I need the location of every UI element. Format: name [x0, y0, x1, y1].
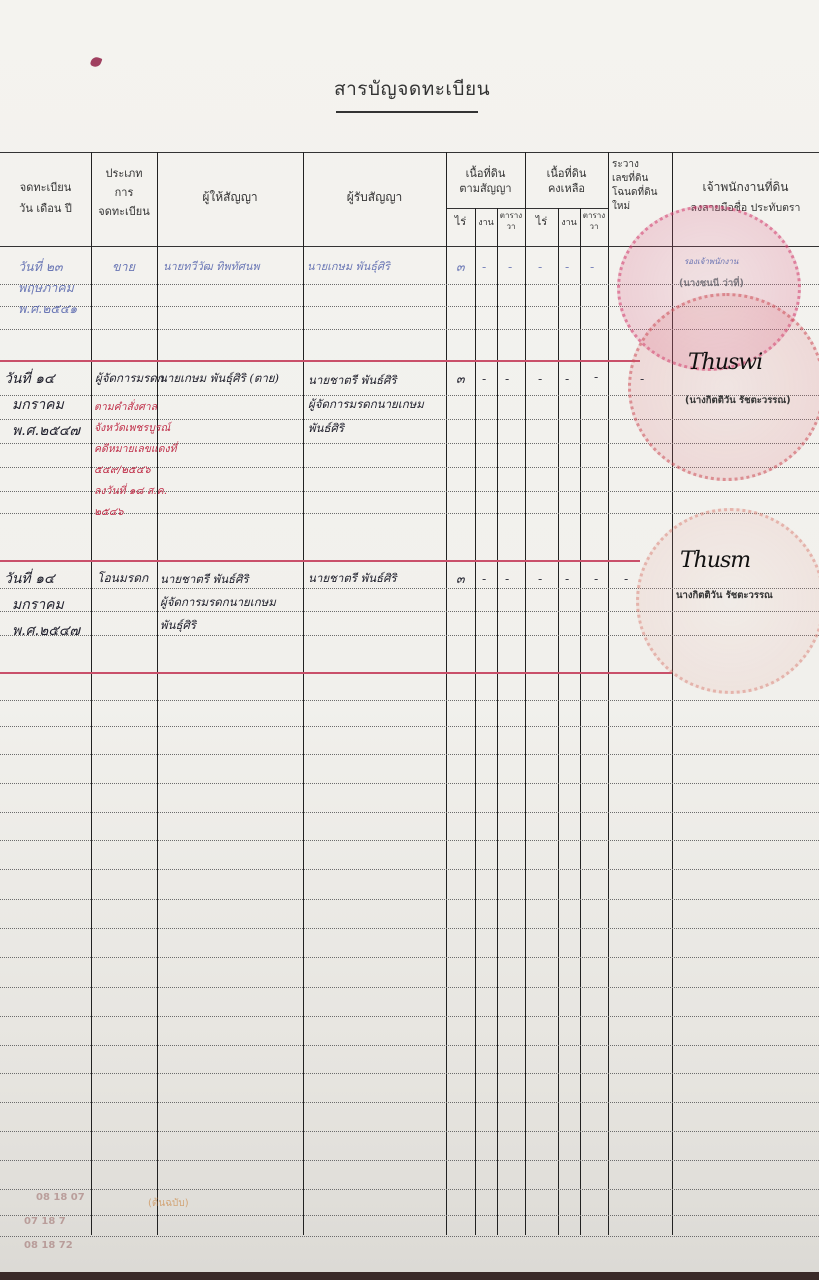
date-year: พ.ศ.๒๕๔๗: [4, 618, 80, 644]
header-line: การ: [91, 185, 157, 200]
date-day: วันที่ ๑๔: [4, 566, 80, 592]
page-title: สารบัญจดทะเบียน: [334, 74, 490, 104]
entry-3-sqwa: -: [505, 568, 509, 589]
ruled-line: [0, 700, 819, 701]
col-divider: [580, 208, 581, 1235]
entry-3-grantee: นายชาตรี พันธ์ศิริ: [308, 568, 397, 589]
grantee-line: พันธ์ศิริ: [308, 416, 424, 440]
entry-2-type-note: ตามคำสั่งศาล จังหวัดเพชรบูรณ์ คดีหมายเลข…: [94, 397, 177, 523]
ruled-line: [0, 1016, 819, 1017]
entry-2-officer-name: (นางกิตติวัน รัชตะวรรณ): [685, 393, 791, 408]
entry-1-type: ขาย: [112, 256, 135, 277]
area-subheader-divider: [446, 208, 608, 209]
entry-2-rai: ๓: [456, 368, 465, 389]
header-registration-type: ประเภท การ จดทะเบียน: [91, 166, 157, 219]
entry-3-grantor: นายชาตรี พันธ์ศิริ ผู้จัดการมรดกนายเกษม …: [160, 568, 276, 637]
entry-2-rem-ngan: -: [565, 368, 569, 389]
note-line: ๕๔๙/๒๕๔๖: [94, 460, 177, 481]
header-rai: ไร่: [525, 214, 558, 229]
header-line: จดทะเบียน: [0, 180, 91, 195]
entry-1-date: วันที่ ๒๓ พฤษภาคม พ.ศ.๒๕๔๑: [18, 256, 77, 319]
date-year: พ.ศ.๒๕๔๑: [18, 298, 77, 319]
entry-2-new-deed: -: [640, 368, 644, 389]
entry-3-rai: ๓: [456, 568, 465, 589]
entry-2-type: ผู้จัดการมรดก: [95, 368, 164, 389]
date-day: วันที่ ๒๓: [18, 256, 77, 277]
note-line: ตามคำสั่งศาล: [94, 397, 177, 418]
header-line: เนื้อที่ดิน: [525, 166, 608, 181]
entry-1-rem-sqwa: -: [590, 256, 594, 277]
faint-handwritten-note: (ต้นฉบับ): [148, 1196, 189, 1211]
entry-2-sqwa: -: [505, 368, 509, 389]
ruled-line: [0, 754, 819, 755]
header-ngan: งาน: [558, 216, 580, 231]
entry-1-rem-rai: -: [538, 256, 542, 277]
entry-2-officer-signature: Thuswi: [688, 350, 762, 375]
note-line: ลงวันที่ ๑๘ ส.ค.: [94, 481, 177, 502]
entry-2-grantee: นายชาตรี พันธ์ศิริ ผู้จัดการมรดกนายเกษม …: [308, 368, 424, 440]
ruled-line: [0, 928, 819, 929]
entry-1-rai: ๓: [456, 256, 465, 277]
header-line: ใหม่: [612, 200, 676, 214]
faint-stamp-text: 08 18 07: [36, 1192, 85, 1203]
ruled-line: [0, 1131, 819, 1132]
table-top-border: [0, 152, 819, 153]
note-line: ๒๕๔๖: [94, 502, 177, 523]
header-line: จดทะเบียน: [91, 204, 157, 219]
header-area-remaining: เนื้อที่ดิน คงเหลือ: [525, 166, 608, 196]
entry-1-sqwa: -: [508, 256, 512, 277]
entry-3-new-deed: -: [624, 568, 628, 589]
entry-2-grantor: นายเกษม พันธุ์ศิริ (ตาย): [159, 368, 279, 389]
header-line: ตามสัญญา: [446, 181, 525, 196]
official-seal-stamp: [628, 293, 819, 481]
ruled-line: [0, 726, 819, 727]
grantor-line: ผู้จัดการมรดกนายเกษม: [160, 591, 276, 614]
header-line: โฉนดที่ดิน: [612, 186, 676, 200]
entry-separator: [0, 672, 672, 674]
ruled-line: [0, 1215, 819, 1216]
entry-3-type: โอนมรดก: [97, 568, 148, 589]
header-sqwa: ตาราง วา: [580, 210, 608, 232]
ruled-line: [0, 899, 819, 900]
entry-3-rem-sqwa: -: [594, 568, 598, 589]
entry-1-rem-ngan: -: [565, 256, 569, 277]
page-bottom-edge: [0, 1272, 819, 1280]
entry-1-officer-name: (นางชนนี ว่าที่): [679, 276, 744, 291]
registration-page: สารบัญจดทะเบียน จดทะเบียน วัน เดือน ปี ป…: [0, 0, 819, 1272]
ruled-line: [0, 1073, 819, 1074]
entry-3-rem-ngan: -: [565, 568, 569, 589]
ruled-line: [0, 1189, 819, 1190]
ruled-line: [0, 840, 819, 841]
header-ngan: งาน: [475, 216, 497, 231]
entry-1-grantor: นายทวีวัฒ ทิพทัศนพ: [163, 256, 260, 277]
date-month: มกราคม: [4, 592, 80, 618]
date-year: พ.ศ.๒๕๔๗: [4, 418, 80, 444]
grantee-line: นายชาตรี พันธ์ศิริ: [308, 368, 424, 392]
header-grantor: ผู้ให้สัญญา: [157, 190, 303, 205]
faint-stamp-text: 08 18 72: [24, 1240, 73, 1251]
entry-1-grantee: นายเกษม พันธุ์ศิริ: [307, 256, 390, 277]
entry-2-rem-sqwa: -: [594, 366, 598, 387]
ruled-line: [0, 1102, 819, 1103]
grantee-line: ผู้จัดการมรดกนายเกษม: [308, 392, 424, 416]
entry-3-rem-rai: -: [538, 568, 542, 589]
col-divider: [558, 208, 559, 1235]
entry-2-ngan: -: [482, 368, 486, 389]
header-registration-date: จดทะเบียน วัน เดือน ปี: [0, 180, 91, 216]
entry-2-date: วันที่ ๑๔ มกราคม พ.ศ.๒๕๔๗: [4, 366, 80, 444]
ruled-line: [0, 1045, 819, 1046]
entry-separator: [0, 560, 640, 562]
date-month: พฤษภาคม: [18, 277, 77, 298]
entry-3-date: วันที่ ๑๔ มกราคม พ.ศ.๒๕๔๗: [4, 566, 80, 644]
col-divider: [497, 208, 498, 1235]
entry-3-ngan: -: [482, 568, 486, 589]
note-line: คดีหมายเลขแดงที่: [94, 439, 177, 460]
grantor-line: พันธุ์ศิริ: [160, 614, 276, 637]
ruled-line: [0, 1160, 819, 1161]
ruled-line: [0, 812, 819, 813]
ruled-line: [0, 1236, 819, 1237]
header-line: ระวาง: [612, 158, 676, 172]
col-divider: [475, 208, 476, 1235]
header-line: ประเภท: [91, 166, 157, 181]
entry-3-officer-signature: Thusm: [680, 548, 750, 573]
date-day: วันที่ ๑๔: [4, 366, 80, 392]
entry-3-officer-name: นางกิตติวัน รัชตะวรรณ: [676, 588, 773, 603]
header-sqwa: ตาราง วา: [497, 210, 525, 232]
date-month: มกราคม: [4, 392, 80, 418]
header-line: เลขที่ดิน: [612, 172, 676, 186]
header-line: คงเหลือ: [525, 181, 608, 196]
entry-separator: [0, 360, 640, 362]
header-rai: ไร่: [446, 214, 475, 229]
note-line: จังหวัดเพชรบูรณ์: [94, 418, 177, 439]
title-underline: [336, 111, 478, 113]
ruled-line: [0, 783, 819, 784]
ruled-line: [0, 869, 819, 870]
header-line: เจ้าพนักงานที่ดิน: [672, 180, 819, 195]
faint-stamp-text: 07 18 7: [24, 1216, 66, 1227]
header-line: เนื้อที่ดิน: [446, 166, 525, 181]
ruled-line: [0, 957, 819, 958]
entry-1-officer-title: รองเจ้าพนักงาน: [684, 257, 738, 267]
header-area-contract: เนื้อที่ดิน ตามสัญญา: [446, 166, 525, 196]
entry-2-rem-rai: -: [538, 368, 542, 389]
header-line: วัน เดือน ปี: [0, 201, 91, 216]
ruled-line: [0, 987, 819, 988]
header-new-deed: ระวาง เลขที่ดิน โฉนดที่ดิน ใหม่: [608, 158, 676, 214]
header-grantee: ผู้รับสัญญา: [303, 190, 446, 205]
grantor-line: นายชาตรี พันธ์ศิริ: [160, 568, 276, 591]
ink-mark: [90, 56, 103, 69]
entry-1-ngan: -: [482, 256, 486, 277]
